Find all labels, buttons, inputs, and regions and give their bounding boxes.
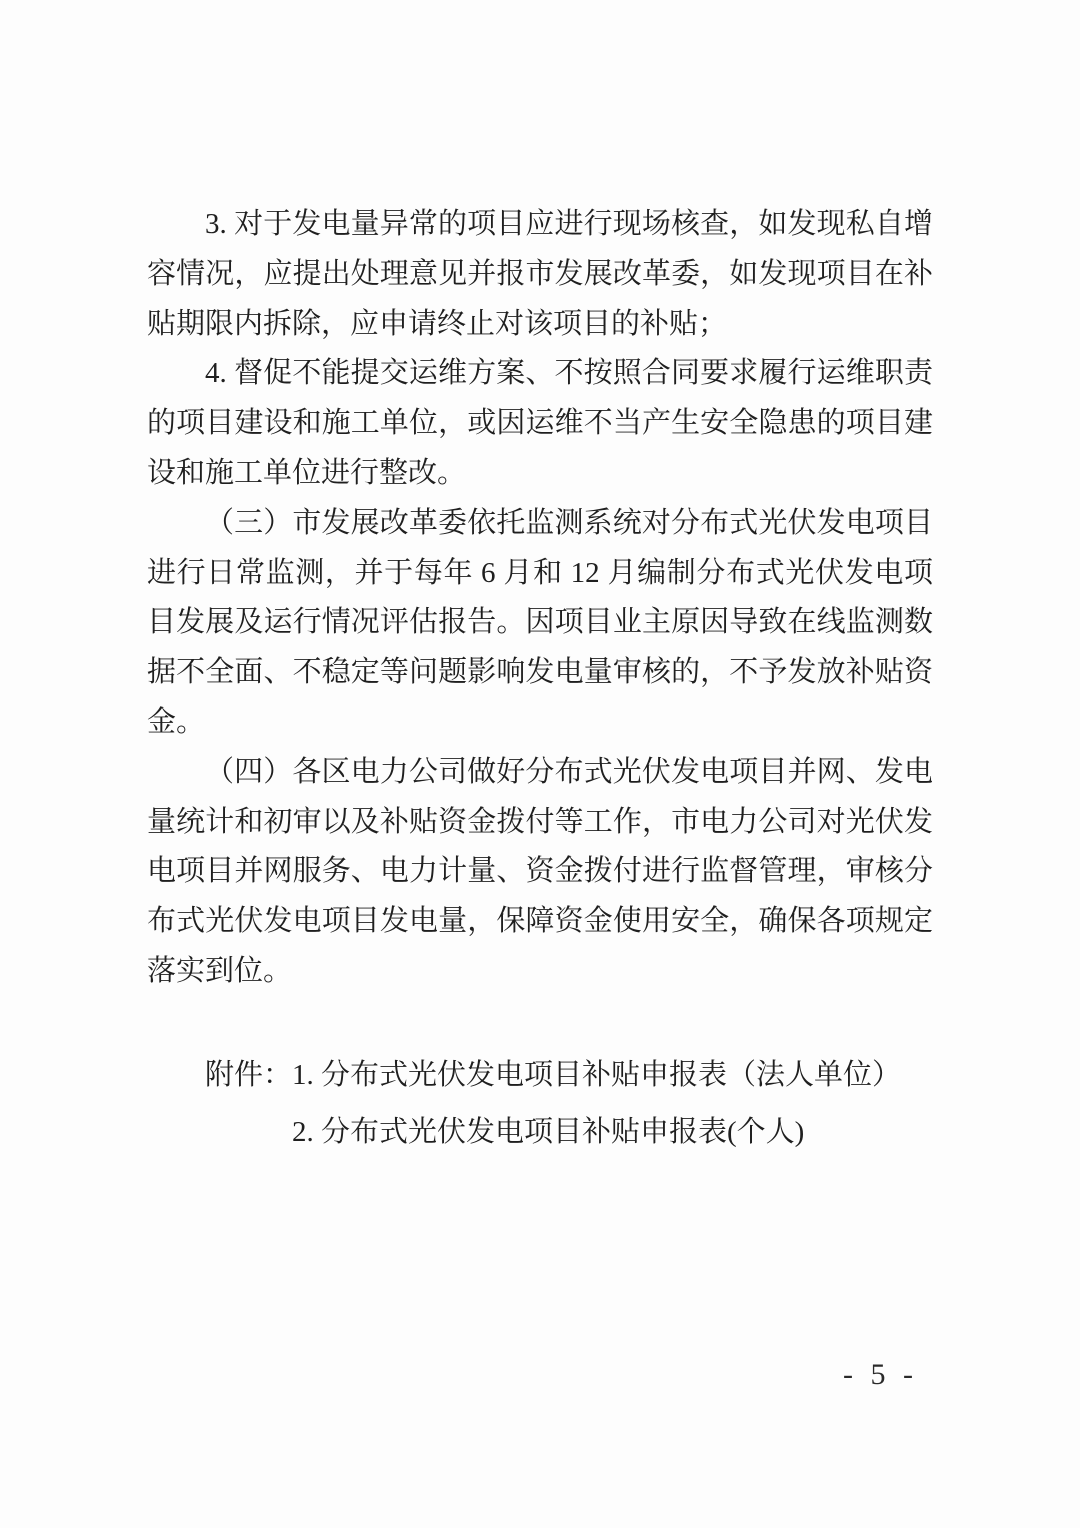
- page-number: - 5 -: [843, 1358, 918, 1392]
- attachment-item-1: 1. 分布式光伏发电项目补贴申报表（法人单位）: [292, 1059, 901, 1091]
- paragraph-item-3: 3. 对于发电量异常的项目应进行现场核查，如发现私自增容情况，应提出处理意见并报…: [147, 200, 933, 349]
- paragraph-section-4: （四）各区电力公司做好分布式光伏发电项目并网、发电量统计和初审以及补贴资金拨付等…: [147, 748, 933, 997]
- attachment-label: 附件：: [205, 1059, 292, 1091]
- document-body: 3. 对于发电量异常的项目应进行现场核查，如发现私自增容情况，应提出处理意见并报…: [147, 200, 933, 1161]
- attachment-line-2: 2. 分布式光伏发电项目补贴申报表(个人): [292, 1104, 933, 1161]
- document-page: 3. 对于发电量异常的项目应进行现场核查，如发现私自增容情况，应提出处理意见并报…: [0, 0, 1080, 1528]
- paragraph-item-4: 4. 督促不能提交运维方案、不按照合同要求履行运维职责的项目建设和施工单位，或因…: [147, 349, 933, 498]
- attachment-block: 附件：1. 分布式光伏发电项目补贴申报表（法人单位） 2. 分布式光伏发电项目补…: [147, 1047, 933, 1161]
- paragraph-section-3: （三）市发展改革委依托监测系统对分布式光伏发电项目进行日常监测，并于每年 6 月…: [147, 499, 933, 748]
- attachment-line-1: 附件：1. 分布式光伏发电项目补贴申报表（法人单位）: [205, 1047, 933, 1104]
